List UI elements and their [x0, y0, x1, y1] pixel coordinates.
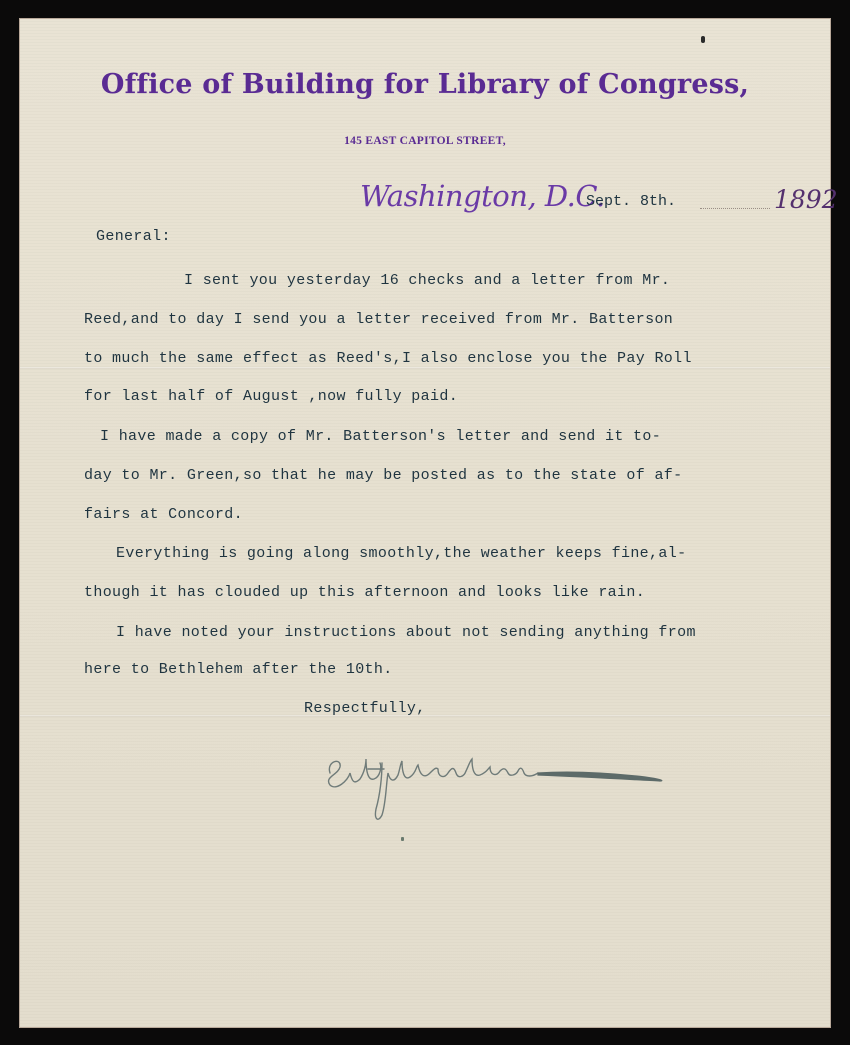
body-line: to much the same effect as Reed's,I also… — [84, 349, 692, 369]
body-line: I have made a copy of Mr. Batterson's le… — [100, 427, 661, 447]
letterhead-address: 145 EAST CAPITOL STREET, — [20, 135, 830, 147]
body-line: day to Mr. Green,so that he may be poste… — [84, 466, 683, 486]
year: 1892 — [774, 185, 838, 214]
closing: Respectfully, — [304, 699, 426, 719]
salutation: General: — [96, 227, 171, 247]
dateline: Washington, D.C. Sept. 8th. 1892 — [360, 179, 820, 223]
signature — [320, 737, 670, 827]
body-line: Reed,and to day I send you a letter rece… — [84, 310, 673, 330]
body-line: for last half of August ,now fully paid. — [84, 387, 458, 407]
letterhead-title: Office of Building for Library of Congre… — [20, 69, 830, 100]
ink-spot — [701, 36, 705, 43]
date-dotted-rule — [700, 208, 770, 209]
body-line: though it has clouded up this afternoon … — [84, 583, 645, 603]
body-line: I have noted your instructions about not… — [116, 623, 696, 643]
typed-date: Sept. 8th. — [586, 193, 676, 210]
body-line: I sent you yesterday 16 checks and a let… — [184, 271, 670, 291]
body-line: fairs at Concord. — [84, 505, 243, 525]
body-line: Everything is going along smoothly,the w… — [116, 544, 686, 564]
city-name: Washington, D.C. — [360, 179, 605, 213]
ink-spot — [401, 837, 404, 841]
body-line: here to Bethlehem after the 10th. — [84, 660, 393, 680]
letter-page: Office of Building for Library of Congre… — [20, 19, 830, 1027]
